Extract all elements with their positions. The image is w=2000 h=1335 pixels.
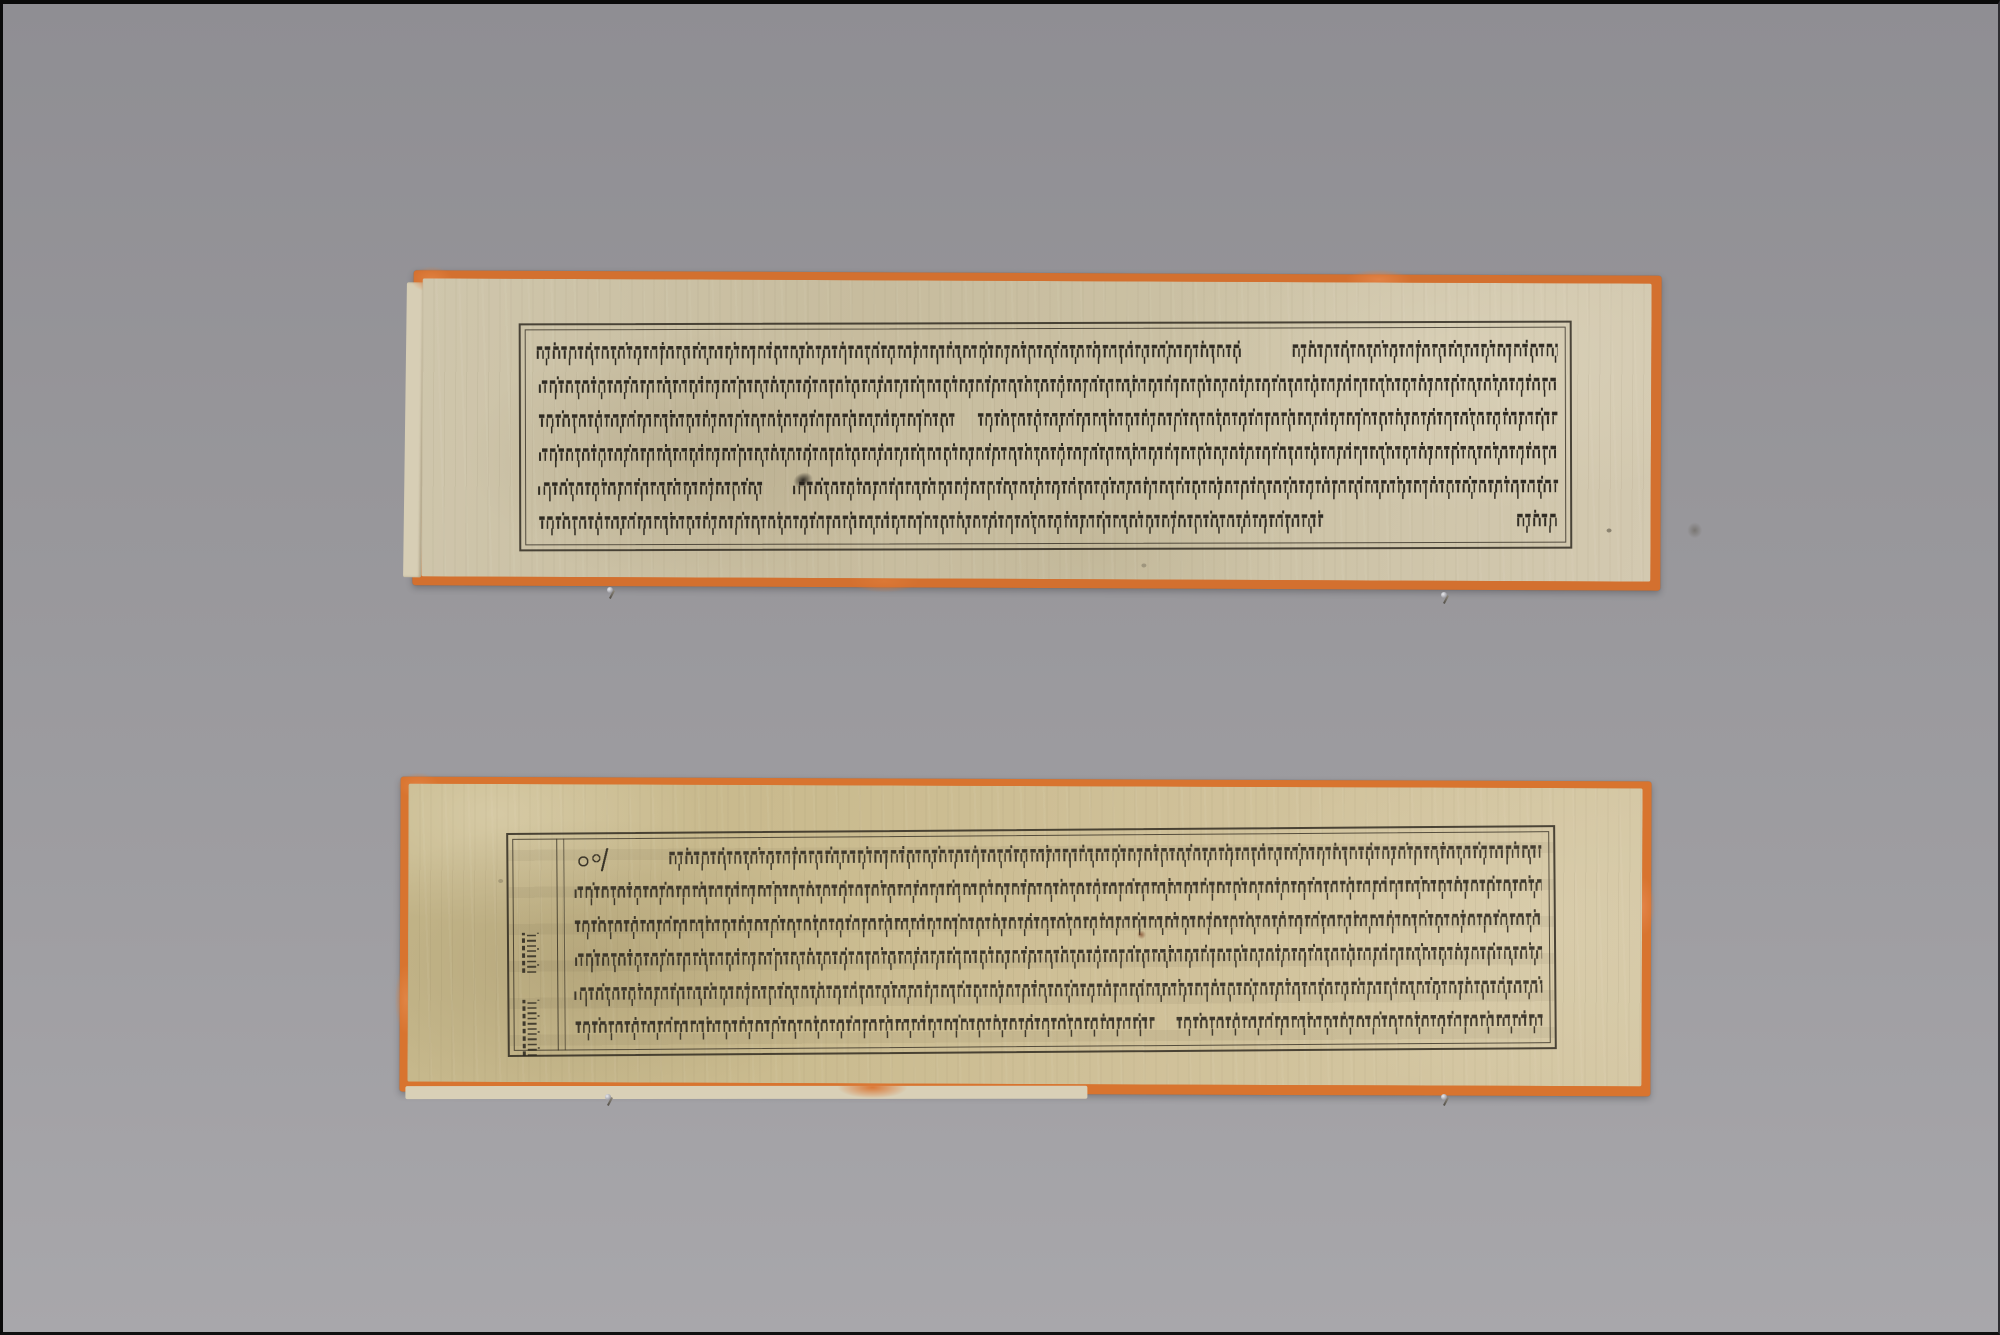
text-line-row — [537, 340, 1558, 366]
text-line-row — [573, 943, 1542, 973]
lower-folio-sheet — [399, 777, 1651, 1097]
margin-vertical-glyph — [522, 1000, 539, 1056]
paper-speck — [1141, 563, 1146, 567]
script-segment — [1292, 340, 1558, 364]
text-line-row — [537, 408, 1558, 434]
text-line-row — [537, 442, 1558, 468]
lower-text-area — [572, 841, 1542, 1040]
line-gap — [1241, 340, 1292, 363]
script-segment — [1174, 1010, 1542, 1036]
script-segment — [537, 442, 1558, 468]
gray-smudge-stain — [1687, 522, 1702, 538]
text-line-row — [573, 909, 1542, 939]
line-gap — [1155, 1013, 1175, 1036]
line-gap — [621, 848, 670, 871]
line-gap — [1323, 510, 1517, 534]
margin-column — [556, 839, 566, 1051]
text-line-row — [572, 841, 1541, 871]
script-segment — [537, 510, 1323, 535]
script-segment — [976, 408, 1558, 433]
upper-folio-paper — [421, 278, 1651, 581]
text-line-row — [537, 476, 1558, 502]
text-line-row — [573, 875, 1542, 905]
end-syllable-mark — [1517, 510, 1558, 533]
text-line-row — [537, 374, 1558, 400]
script-segment — [573, 976, 1542, 1006]
script-segment — [537, 478, 762, 502]
manuscript-photo — [0, 0, 2000, 1335]
text-line-row — [574, 1010, 1543, 1040]
lower-folio-paper — [407, 784, 1642, 1087]
mounting-pin — [1441, 592, 1450, 604]
upper-text-frame — [519, 321, 1573, 552]
script-segment — [669, 841, 1541, 871]
script-segment — [574, 1013, 1156, 1040]
script-segment — [537, 341, 1242, 366]
mounting-pin — [607, 587, 616, 599]
line-gap — [956, 409, 976, 432]
text-line-row — [573, 976, 1542, 1006]
script-segment — [537, 409, 956, 433]
lower-text-frame — [506, 825, 1557, 1057]
script-segment — [537, 374, 1558, 400]
yig-mgo-ornament — [572, 848, 621, 871]
script-segment — [573, 909, 1542, 939]
margin-vertical-glyph — [522, 933, 539, 973]
line-gap — [762, 478, 793, 501]
upper-folio-sheet — [412, 270, 1661, 590]
mounting-pin — [605, 1094, 614, 1106]
script-segment — [573, 943, 1542, 973]
mounting-pin — [1441, 1094, 1450, 1106]
paper-speck — [498, 879, 503, 883]
script-segment — [792, 476, 1558, 501]
paper-speck — [1607, 528, 1612, 532]
text-line-row — [537, 510, 1558, 536]
upper-text-area — [537, 340, 1559, 536]
script-segment — [573, 875, 1542, 905]
